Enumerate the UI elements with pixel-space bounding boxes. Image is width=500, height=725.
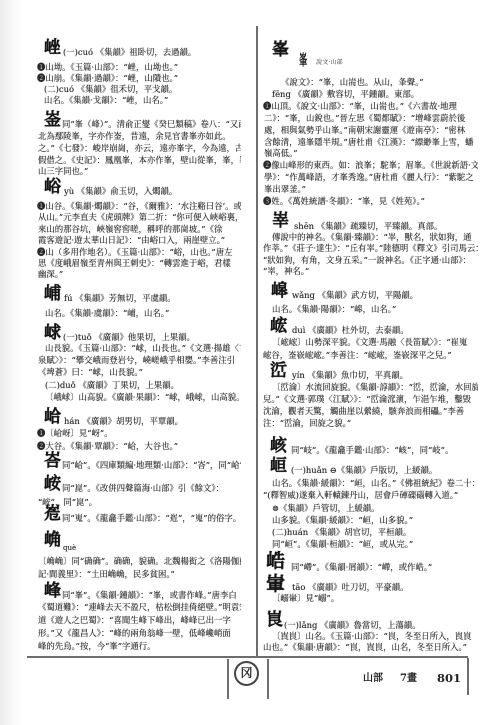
radical-section-label: 山部 xyxy=(363,673,383,685)
entry-line: 形。”又《龍昌人》：“峰的兩角翁峰一壁，低峰巉峭面 xyxy=(38,627,241,639)
headword: 峞 xyxy=(44,505,61,523)
entry-pronunciation-line: yín 《集韻》魚巾切，平真韻。 xyxy=(292,369,478,381)
entry-pronunciation-line: duì 《廣韻》杜外切，去泰韻。 xyxy=(292,324,478,336)
entry-pronunciation-line: (一)huǎn ⊖《集韻》戶版切，上緩韻。 xyxy=(291,464,478,476)
entry-pronunciation-line: 同“岐”。《龍龕手鑑·山部》：“峐”，同“岐”。 xyxy=(291,444,478,456)
entry-line: 道《遊人之巴蜀》：“喜聞生峰下峰出，峰峰已出一字 xyxy=(38,614,241,626)
entry-line: 〔峾淪〕水流回旋貌。《集韻·諄韻》：“峾，峾淪，水回旋 xyxy=(272,381,478,393)
headword: 㟇 xyxy=(44,39,61,57)
headword: 峆 xyxy=(44,408,61,426)
entry-line: 幽深。” xyxy=(38,268,241,280)
seal-source-label: 說文·山部 xyxy=(316,59,343,67)
entry-line: 注：“峾淪，回旋之貌。” xyxy=(263,417,478,429)
entry-line: 峯出翠釜。” xyxy=(264,183,478,195)
column-divider xyxy=(256,26,258,656)
entry-pronunciation-line: què xyxy=(63,542,241,554)
circled-watermark-icon: 冈 xyxy=(234,661,259,686)
entry-line: 山名。《集韻·戈韻》：“㟇，山名。” xyxy=(44,94,241,106)
headword: 㟦 xyxy=(266,575,285,593)
entry-line: 記·閭義里》：“土田崅崅，民多貧困。” xyxy=(38,568,241,580)
headword: 峵 xyxy=(270,317,287,335)
entry-line: ⊜《集韻》戶管切，上緩韻。 xyxy=(272,502,478,514)
headword: 峖 xyxy=(44,475,61,493)
entry-line: ❷大谷。《集韻·覃韻》：“峆，大谷也。” xyxy=(37,440,241,452)
stroke-count-label: 7畫 xyxy=(400,673,417,685)
entry-line: 《埤蒼》曰：“㟈，山長貌。” xyxy=(38,366,241,378)
headword: 㟈 xyxy=(44,324,61,342)
entry-line: 山長貌。《玉篇·山部》：“㟈，山長也。”《文選·揚雄〈甘 xyxy=(45,342,241,354)
headword: 崟 xyxy=(44,111,61,129)
entry-line: 峰的先烏。”按，今“峯”字通行。 xyxy=(38,640,241,652)
entry-line: “(釋智威)遂棄入軒轅鍊丹山，居會戶硨磲碯轉入道。” xyxy=(263,489,478,501)
entry-pronunciation-line: hán 《廣韻》胡男切，平覃韻。 xyxy=(64,415,241,427)
entry-pronunciation-line: 同“峯”。《集韻·鍾韻》：“峯，或書作峰。”唐李白 xyxy=(62,589,241,601)
entry-line: (二)huán 《集韻》胡官切，平桓韻。 xyxy=(272,526,478,538)
headword: 峰 xyxy=(44,582,61,600)
entry-line: 山多貌。《集韻·緩韻》：“峘，山多貌。” xyxy=(272,514,478,526)
entry-line: 山名。《集韻·緩韻》：“峘，山名。”《佛祖統紀》卷二十： xyxy=(272,477,478,489)
entry-line: 《蜀道難》：“連峰去天不盈尺，枯松倒挂倚絕壁。”明袁宏 xyxy=(38,601,241,613)
entry-pronunciation-line: wǎng 《集韻》武方切，平陽韻。 xyxy=(292,289,478,301)
entry-pronunciation-line: fēng 《廣韻》敷容切，平鍾韻。東部。 xyxy=(272,88,478,100)
entry-line: 學》：“作萬峰語，才峯秀逸。”唐杜甫《麗人行》：“紫駝之 xyxy=(264,171,478,183)
entry-line: (二)duǒ 《廣韻》丁果切，上果韻。 xyxy=(45,379,241,391)
entry-line: 作莘。”《莊子·達生》：“丘有峷。”陸德明《釋文》引司馬云： xyxy=(263,242,478,254)
headword: 㟸 xyxy=(271,282,288,300)
entry-line: 山名。《集韻·陽韻》：“㟸，山名。” xyxy=(272,303,478,315)
headword: 峷 xyxy=(272,212,289,230)
entry-line: 〔峵峵〕山勢深平貌。《文選·馬融〈長笛賦〉》：“崔嵬 xyxy=(272,336,478,348)
entry-line: “峷，神名。” xyxy=(263,265,478,277)
entry-line: 山也。”《集韻·唐韻》：“峎，崀峎，山名，冬至日所入。” xyxy=(263,641,478,653)
entry-line: 泉賦〉》：“攀交峨而登岩兮，嶢嵯峨乎相嬰。”李善注引 xyxy=(38,354,241,366)
entry-line: 嶺高低。” xyxy=(264,147,478,159)
entry-line: ❶〔峆岈〕見“岈”。 xyxy=(37,427,241,439)
entry-line: 《說文》：“峯，山耑也。从山，夆聲。” xyxy=(281,76,478,88)
entry-line: “峖”，同“崑”。 xyxy=(38,496,241,508)
footer-rule xyxy=(27,656,468,658)
entry-pronunciation-line: 同“峯（峰）”。清俞正燮《癸巳類稿》卷八：“又西 xyxy=(62,118,241,130)
entry-line: ❸姓。《萬姓統譜·冬韻》：“峯，見《姓苑》。” xyxy=(263,195,478,207)
seal-script-glyph: 峯 xyxy=(299,51,307,69)
entry-line: ❶山頂。《說文·山部》：“峯，山耑也。”《六書故·地理 xyxy=(263,100,478,112)
headword: 崅 xyxy=(44,531,61,549)
footer-box-right-rule xyxy=(267,659,269,699)
entry-line: 沈淪，觀者天驚，觸曲崖以縈繞，駭奔浪而相礧。”李善 xyxy=(263,405,478,417)
headword: 峇 xyxy=(44,452,61,470)
entry-line: 从山。”元李直夫《虎頭牌》第二折：“你可便入峽峪裏， xyxy=(38,211,241,223)
entry-line: 〔嵶㟦〕見“嵶”。 xyxy=(272,592,478,604)
entry-line: 山名。《集韻·虞韻》：“峬，山名。” xyxy=(45,307,241,319)
footer-box-left-rule xyxy=(227,659,229,699)
entry-pronunciation-line: yù 《集韻》俞玉切，入燭韻。 xyxy=(64,185,241,197)
entry-line: 〔峨㟈〕山高貌。《廣韻·果韻》：“㟈，峨㟈，山高貌。” xyxy=(45,391,241,403)
entry-pronunciation-line: 同“嵬”。《龍龕手鑑·山部》：“峞”，“嵬”的俗字。 xyxy=(62,512,241,524)
entry-line: 〔崅崅〕同“确确”。确确，貌确。北魏楊衒之《洛陽伽藍 xyxy=(38,555,241,567)
page-number: 801 xyxy=(437,672,461,684)
headword: 峪 xyxy=(44,178,61,196)
entry-line: ❷像山峰形的東西。如：浪峯；駝峯；眉峯。《世說新語·文 xyxy=(263,159,478,171)
entry-pronunciation-line: (一)cuó 《集韻》祖卧切，去過韻。 xyxy=(63,46,241,58)
entry-line: 北為鄢陵峯，字亦作崟，昔遠，余見官書峯亦如此。 xyxy=(38,130,241,142)
entry-pronunciation-line: 同“峆”。《四庫類編·地理類·山部》：“峇”，同“峆”。 xyxy=(62,459,241,471)
entry-line: 山三字同也。” xyxy=(38,165,241,177)
headword: 峬 xyxy=(44,285,61,303)
headword: 峎 xyxy=(266,611,283,629)
headword: 峼 xyxy=(266,552,285,570)
dictionary-page: 㟇 (一)cuó 《集韻》祖卧切，去過韻。 ❶山坳。《玉篇·山部》：“㟇，山坳也… xyxy=(0,0,500,725)
entry-line: 峵谷，崟嵚峵峵。”李善注：“峵峵，崟嵚深平之兒。” xyxy=(263,349,478,361)
entry-pronunciation-line: fú 《集韻》芳無切，平虞韻。 xyxy=(64,292,241,304)
headword: 峯 xyxy=(272,41,289,59)
entry-line: 霞客遊記·遊太華山日記》：“由峪口入，兩崖壁立。” xyxy=(38,234,241,246)
entry-line: 兒。”《文選·郭璞〈江賦〉》：“峾淪溛瀤，乍浥乍堆，鑿毀 xyxy=(263,393,478,405)
headword: 峐 xyxy=(270,437,287,455)
entry-line: 二》：“峯，山銳也。”晉左思《蜀都賦》：“增峰雲蔚於後 xyxy=(264,112,478,124)
entry-pronunciation-line: 同“崑”。《改併四聲篇海·山部》引《餘文》： xyxy=(62,482,241,494)
headword: 峘 xyxy=(270,457,287,475)
entry-line: 處，相與氣勢乎山峯。”南朝宋謝靈運《遊南亭》：“密林 xyxy=(264,124,478,136)
entry-line: 之。”《七發》：峻岸崩崗，亦云，遠亦峯字，今為遠，古 xyxy=(38,142,241,154)
headword: 峾 xyxy=(270,362,287,380)
entry-line: 同“峘”。《集韻·桓韻》：“峘，或从完。” xyxy=(272,538,478,550)
footer-right-rule xyxy=(467,658,469,695)
entry-pronunciation-line: 同“嵽”。《集韻·屑韻》：“嵽，或作峼。” xyxy=(291,561,478,573)
